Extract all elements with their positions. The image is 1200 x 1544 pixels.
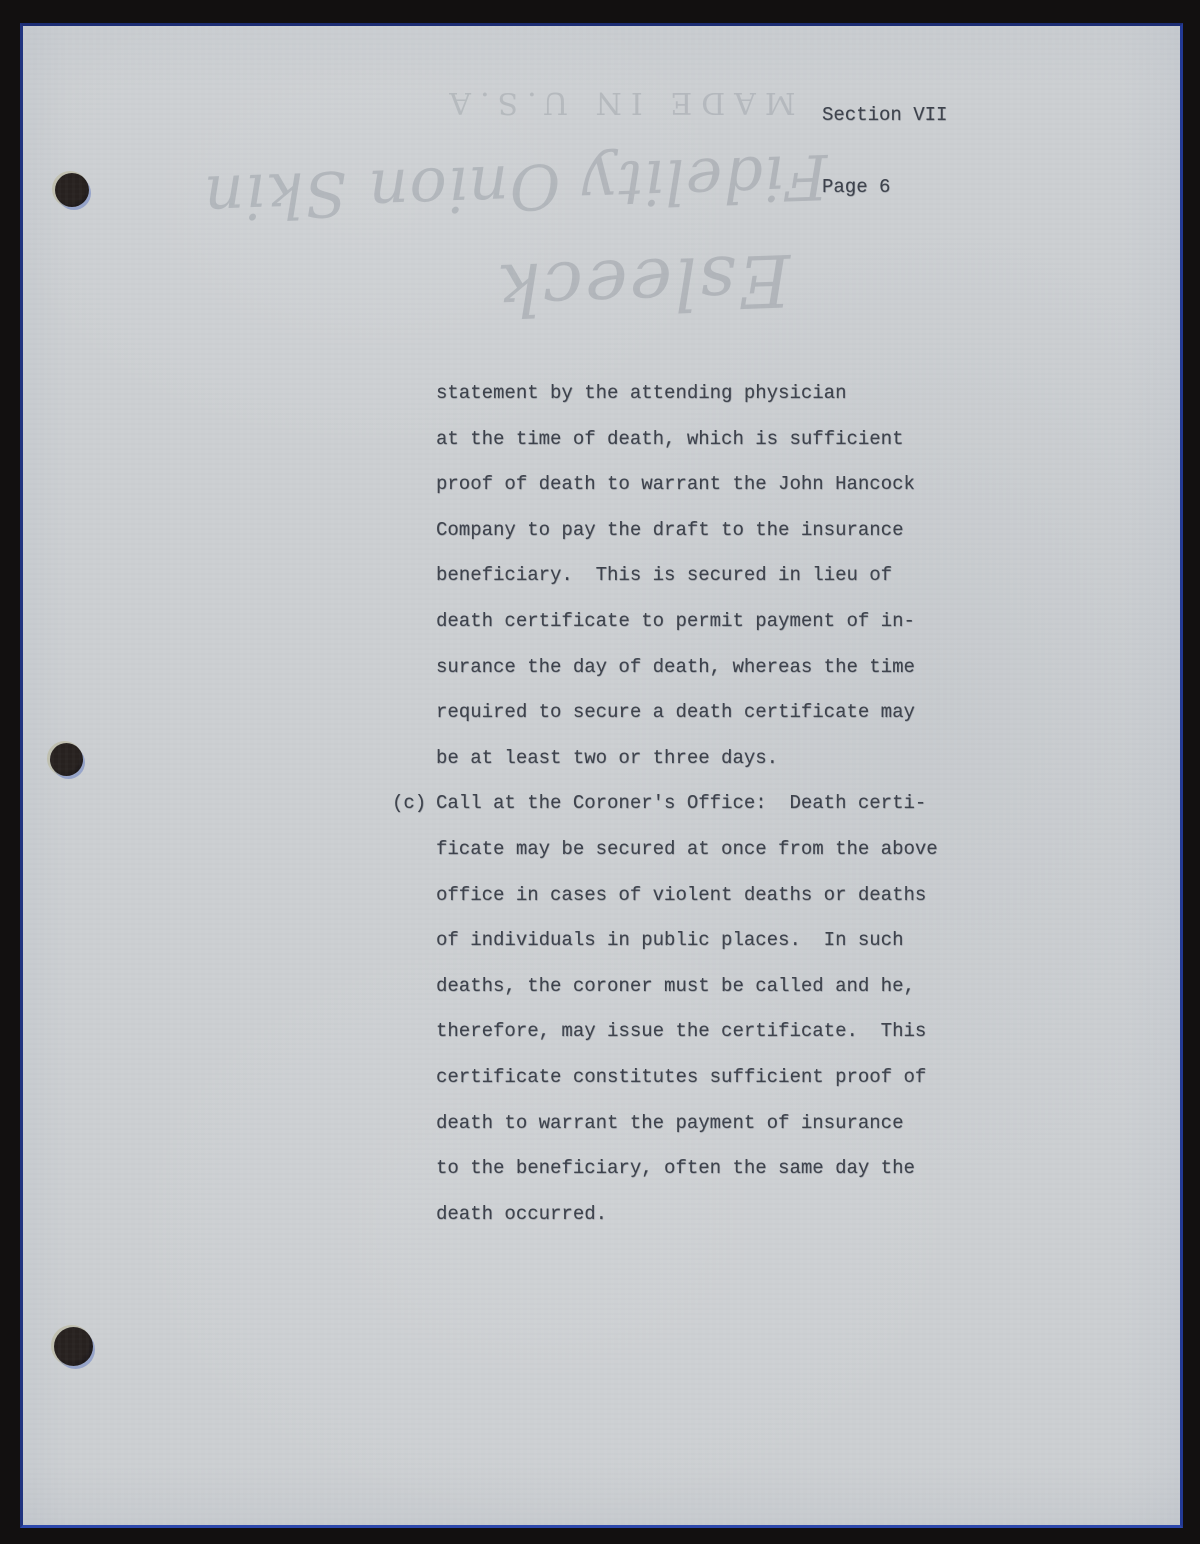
- typed-line-text: therefore, may issue the certificate. Th…: [436, 1020, 926, 1042]
- typed-line: (c)Call at the Coroner's Office: Death c…: [436, 781, 1036, 827]
- typed-line: death occurred.: [436, 1192, 1036, 1238]
- typed-line-text: at the time of death, which is sufficien…: [436, 428, 903, 450]
- body-lines: statement by the attending physicianat t…: [436, 371, 1036, 1237]
- typed-line: death to warrant the payment of insuranc…: [436, 1101, 1036, 1147]
- punch-hole-top: [55, 173, 89, 207]
- typed-line: ficate may be secured at once from the a…: [436, 827, 1036, 873]
- typed-line-text: certificate constitutes sufficient proof…: [436, 1066, 926, 1088]
- watermark-origin-text: MADE IN U.S.A: [328, 73, 908, 131]
- typed-line-text: to the beneficiary, often the same day t…: [436, 1157, 915, 1179]
- typed-line: beneficiary. This is secured in lieu of: [436, 553, 1036, 599]
- typed-line: surance the day of death, whereas the ti…: [436, 645, 1036, 691]
- typed-line: deaths, the coroner must be called and h…: [436, 964, 1036, 1010]
- typed-line-text: proof of death to warrant the John Hanco…: [436, 473, 915, 495]
- document-page: Esleeck Fidelity Onion Skin MADE IN U.S.…: [20, 23, 1183, 1528]
- typed-line: statement by the attending physician: [436, 371, 1036, 417]
- typed-line-text: surance the day of death, whereas the ti…: [436, 656, 915, 678]
- typed-line-text: beneficiary. This is secured in lieu of: [436, 564, 892, 586]
- typed-line: required to secure a death certificate m…: [436, 690, 1036, 736]
- page-header: Section VII Page 6: [822, 55, 947, 247]
- typed-line: proof of death to warrant the John Hanco…: [436, 462, 1036, 508]
- section-label: Section VII: [822, 103, 947, 127]
- typed-line-text: death occurred.: [436, 1203, 607, 1225]
- typed-line: Company to pay the draft to the insuranc…: [436, 508, 1036, 554]
- typed-line-text: of individuals in public places. In such: [436, 929, 903, 951]
- typed-line-text: be at least two or three days.: [436, 747, 778, 769]
- watermark-maker-script: Esleeck: [352, 231, 935, 339]
- paper-watermark: Esleeck Fidelity Onion Skin MADE IN U.S.…: [258, 34, 838, 329]
- typed-line-text: statement by the attending physician: [436, 382, 846, 404]
- punch-hole-middle: [50, 743, 83, 776]
- typed-line-text: death certificate to permit payment of i…: [436, 610, 915, 632]
- typed-line-text: Company to pay the draft to the insuranc…: [436, 519, 903, 541]
- page-number-label: Page 6: [822, 175, 947, 199]
- typed-line: at the time of death, which is sufficien…: [436, 417, 1036, 463]
- typed-line-text: ficate may be secured at once from the a…: [436, 838, 938, 860]
- punch-hole-bottom: [54, 1327, 93, 1366]
- typed-line-text: deaths, the coroner must be called and h…: [436, 975, 915, 997]
- typed-line-text: Call at the Coroner's Office: Death cert…: [436, 792, 926, 814]
- typed-line: to the beneficiary, often the same day t…: [436, 1146, 1036, 1192]
- typed-line: therefore, may issue the certificate. Th…: [436, 1009, 1036, 1055]
- typed-line-text: office in cases of violent deaths or dea…: [436, 884, 926, 906]
- typed-line-text: death to warrant the payment of insuranc…: [436, 1112, 903, 1134]
- typed-line: certificate constitutes sufficient proof…: [436, 1055, 1036, 1101]
- scan-background: Esleeck Fidelity Onion Skin MADE IN U.S.…: [0, 0, 1200, 1544]
- typed-line: of individuals in public places. In such: [436, 918, 1036, 964]
- typed-line-text: required to secure a death certificate m…: [436, 701, 915, 723]
- typed-line: be at least two or three days.: [436, 736, 1036, 782]
- watermark-brand-text: Fidelity Onion Skin: [246, 121, 829, 251]
- typed-line: death certificate to permit payment of i…: [436, 599, 1036, 645]
- paragraph-label: (c): [392, 781, 426, 827]
- typed-line: office in cases of violent deaths or dea…: [436, 873, 1036, 919]
